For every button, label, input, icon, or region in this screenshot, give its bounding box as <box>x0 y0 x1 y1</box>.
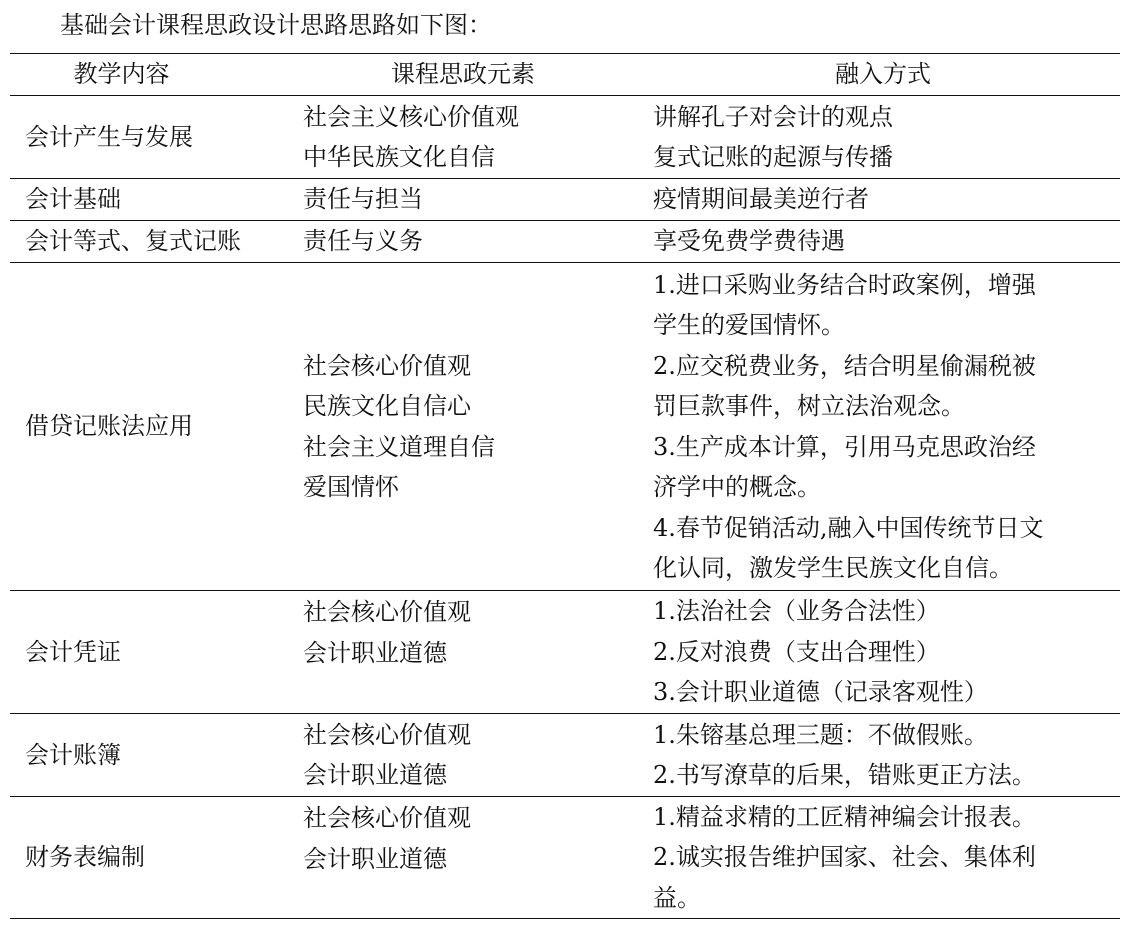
cell-method: 享受免费学费待遇 <box>653 221 1113 262</box>
table-row: 会计账簿 社会核心价值观 会计职业道德 1.朱镕基总理三题：不做假账。 2.书写… <box>10 714 1120 796</box>
cell-content: 会计凭证 <box>25 632 303 673</box>
cell-content: 会计账簿 <box>25 735 303 776</box>
cell-content: 财务表编制 <box>25 837 303 878</box>
cell-method: 2.反对浪费（支出合理性） <box>653 632 1113 673</box>
cell-element: 社会核心价值观 <box>303 798 653 839</box>
table-row: 会计凭证 社会核心价值观 会计职业道德 1.法治社会（业务合法性） 2.反对浪费… <box>10 591 1120 713</box>
cell-method: 3.会计职业道德（记录客观性） <box>653 672 1113 713</box>
ideology-design-table: 教学内容 课程思政元素 融入方式 会计产生与发展 社会主义核心价值观 中华民族文… <box>10 53 1120 919</box>
cell-method: 4.春节促销活动,融入中国传统节日文 <box>653 508 1113 549</box>
cell-element: 责任与义务 <box>303 221 653 262</box>
cell-method: 2.应交税费业务，结合明星偷漏税被 <box>653 346 1113 387</box>
header-ideology-elements: 课程思政元素 <box>391 54 535 95</box>
header-teaching-content: 教学内容 <box>74 54 170 95</box>
table-row: 借贷记账法应用 社会核心价值观 民族文化自信心 社会主义道理自信 爱国情怀 1.… <box>10 263 1120 590</box>
table-row: 会计产生与发展 社会主义核心价值观 中华民族文化自信 讲解孔子对会计的观点 复式… <box>10 96 1120 178</box>
cell-method: 1.法治社会（业务合法性） <box>653 591 1113 632</box>
cell-method: 1.进口采购业务结合时政案例，增强 <box>653 265 1113 306</box>
table-row: 财务表编制 社会核心价值观 会计职业道德 1.精益求精的工匠精神编会计报表。 2… <box>10 797 1120 918</box>
cell-element: 中华民族文化自信 <box>303 137 653 178</box>
cell-content: 会计等式、复式记账 <box>25 221 303 262</box>
cell-method: 化认同，激发学生民族文化自信。 <box>653 548 1113 589</box>
cell-method: 罚巨款事件，树立法治观念。 <box>653 386 1113 427</box>
table-row: 会计等式、复式记账 责任与义务 享受免费学费待遇 <box>10 221 1120 262</box>
cell-element: 社会核心价值观 <box>303 346 653 387</box>
cell-element: 会计职业道德 <box>303 755 653 796</box>
intro-text: 基础会计课程思政设计思路思路如下图： <box>60 8 492 42</box>
cell-element: 社会主义道理自信 <box>303 427 653 468</box>
cell-content: 会计基础 <box>25 179 303 220</box>
cell-element: 会计职业道德 <box>303 633 653 674</box>
cell-content: 会计产生与发展 <box>25 117 303 158</box>
cell-method: 1.朱镕基总理三题：不做假账。 <box>653 715 1113 756</box>
header-integration-method: 融入方式 <box>835 54 931 95</box>
cell-method: 复式记账的起源与传播 <box>653 137 1113 178</box>
cell-content: 借贷记账法应用 <box>25 406 303 447</box>
cell-element: 社会核心价值观 <box>303 715 653 756</box>
cell-element: 爱国情怀 <box>303 467 653 508</box>
cell-method: 1.精益求精的工匠精神编会计报表。 <box>653 797 1113 838</box>
cell-method: 讲解孔子对会计的观点 <box>653 97 1113 138</box>
cell-element: 民族文化自信心 <box>303 386 653 427</box>
cell-element: 会计职业道德 <box>303 839 653 880</box>
cell-method: 疫情期间最美逆行者 <box>653 179 1113 220</box>
table-row: 会计基础 责任与担当 疫情期间最美逆行者 <box>10 179 1120 220</box>
cell-method: 益。 <box>653 878 1113 919</box>
cell-method: 2.诚实报告维护国家、社会、集体利 <box>653 837 1113 878</box>
cell-method: 2.书写潦草的后果，错账更正方法。 <box>653 755 1113 796</box>
cell-method: 3.生产成本计算，引用马克思政治经 <box>653 427 1113 468</box>
cell-method: 学生的爱国情怀。 <box>653 305 1113 346</box>
table-header-row: 教学内容 课程思政元素 融入方式 <box>10 54 1120 95</box>
cell-element: 社会核心价值观 <box>303 592 653 633</box>
cell-element: 社会主义核心价值观 <box>303 97 653 138</box>
cell-element: 责任与担当 <box>303 179 653 220</box>
cell-method: 济学中的概念。 <box>653 467 1113 508</box>
